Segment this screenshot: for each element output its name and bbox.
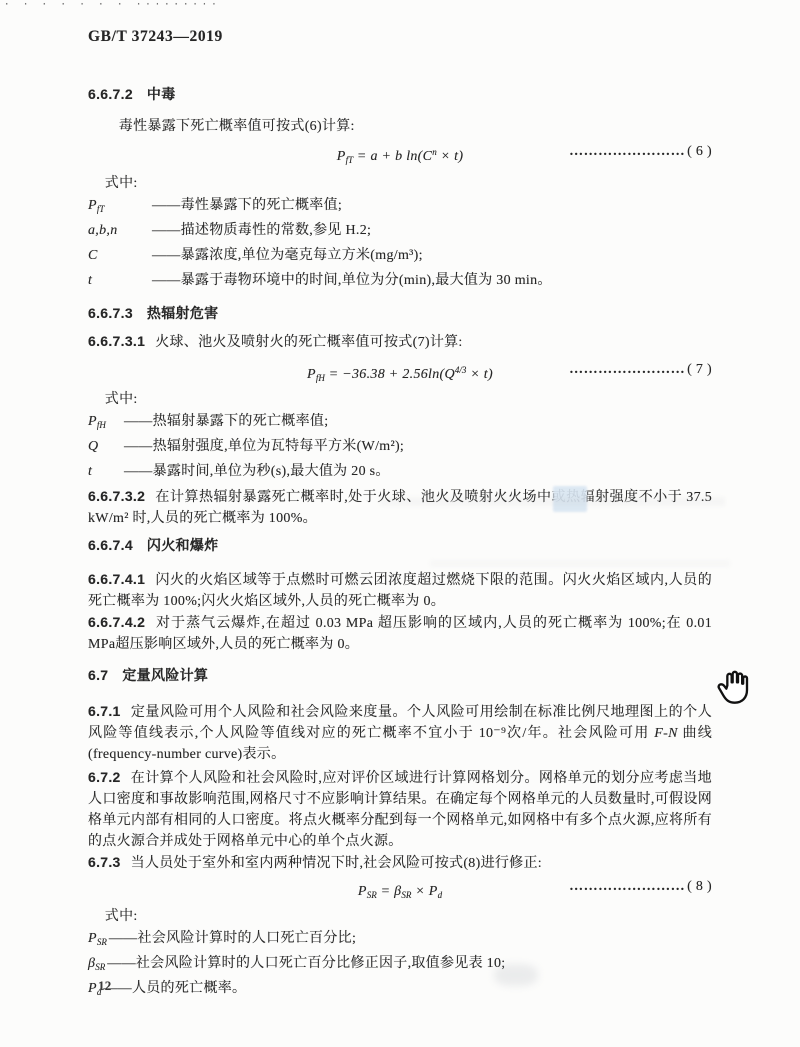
definition-term: t <box>88 461 124 486</box>
definition-row: Pd ——人员的死亡概率。 <box>88 978 712 1003</box>
where-label: 式中: <box>88 389 712 411</box>
equation-7-reference: ……………………( 7 ) <box>569 359 712 381</box>
definition-desc: ——毒性暴露下的死亡概率值; <box>152 195 712 220</box>
para-text: 闪火的火焰区域等于点燃时可燃云团浓度超过燃烧下限的范围。闪火火焰区域内,人员的死… <box>88 573 712 609</box>
equation-6-reference: ……………………( 6 ) <box>569 141 712 163</box>
para-6-6-7-3-2: 6.6.7.3.2在计算热辐射暴露死亡概率时,处于火球、池火及喷射火火场中或热辐… <box>88 486 712 529</box>
where-label: 式中: <box>88 173 712 195</box>
section-heading-flash: 6.6.7.4闪火和爆炸 <box>88 537 712 553</box>
definition-term: βSR <box>88 953 105 978</box>
para-text: 当人员处于室外和室内两种情况下时,社会风险可按式(8)进行修正: <box>131 856 542 871</box>
para-6-6-7-4-2: 6.6.7.4.2对于蒸气云爆炸,在超过 0.03 MPa 超压影响的区域内,人… <box>88 612 712 655</box>
definition-row: t ——暴露时间,单位为秒(s),最大值为 20 s。 <box>88 461 712 486</box>
definition-row: PfT ——毒性暴露下的死亡概率值; <box>88 195 712 220</box>
section-number: 6.6.7.2 <box>88 86 133 102</box>
definition-desc: ——暴露时间,单位为秒(s),最大值为 20 s。 <box>124 461 712 486</box>
para-number: 6.7.1 <box>88 703 121 719</box>
section-number: 6.6.7.4 <box>88 537 133 553</box>
definition-term: Q <box>88 436 124 461</box>
para-number: 6.6.7.3.2 <box>88 488 145 504</box>
equation-8: PSR = βSR × Pd ……………………( 8 ) <box>88 876 712 906</box>
definition-desc: ——暴露浓度,单位为毫克每立方米(mg/m³); <box>152 245 712 270</box>
definition-row: t ——暴露于毒物环境中的时间,单位为分(min),最大值为 30 min。 <box>88 270 712 295</box>
para-text: 定量风险可用个人风险和社会风险来度量。个人风险可用绘制在标准比例尺地理图上的个人… <box>88 705 712 741</box>
para-6-7-2: 6.7.2在计算个人风险和社会风险时,应对评价区域进行计算网格划分。网格单元的划… <box>88 767 712 852</box>
section-heading-thermal: 6.6.7.3热辐射危害 <box>88 305 712 321</box>
definition-term: PfH <box>88 411 124 436</box>
para-6-6-7-3-1: 6.6.7.3.1火球、池火及喷射火的死亡概率值可按式(7)计算: <box>88 331 712 353</box>
para-6-7-3: 6.7.3当人员处于室外和室内两种情况下时,社会风险可按式(8)进行修正: <box>88 852 712 874</box>
definition-row: Q ——热辐射强度,单位为瓦特每平方米(W/m²); <box>88 436 712 461</box>
scan-streak <box>380 497 725 506</box>
section-number: 6.7 <box>88 667 108 683</box>
section-heading-toxic: 6.6.7.2中毒 <box>88 86 712 102</box>
para-text: 对于蒸气云爆炸,在超过 0.03 MPa 超压影响的区域内,人员的死亡概率为 1… <box>88 616 712 652</box>
equation-6-math: PfT = a + b ln(Cn × t) <box>337 149 464 164</box>
para-text: 在计算热辐射暴露死亡概率时,处于火球、池火及喷射火火场中或热辐射强度不小于 37… <box>88 490 712 526</box>
equation-7-math: PfH = −36.38 + 2.56ln(Q4/3 × t) <box>307 367 493 382</box>
para-number: 6.6.7.4.1 <box>88 571 145 587</box>
definition-term: PfT <box>88 195 152 220</box>
para-6-6-7-4-1: 6.6.7.4.1闪火的火焰区域等于点燃时可燃云团浓度超过燃烧下限的范围。闪火火… <box>88 569 712 612</box>
definition-desc: ——暴露于毒物环境中的时间,单位为分(min),最大值为 30 min。 <box>152 270 712 295</box>
definition-row: a,b,n ——描述物质毒性的常数,参见 H.2; <box>88 220 712 245</box>
definition-desc: ——描述物质毒性的常数,参见 H.2; <box>152 220 712 245</box>
definition-desc: ——热辐射强度,单位为瓦特每平方米(W/m²); <box>124 436 712 461</box>
para-text: 火球、池火及喷射火的死亡概率值可按式(7)计算: <box>155 335 462 350</box>
definition-desc: ——社会风险计算时的人口死亡百分比; <box>109 928 712 953</box>
para-number: 6.6.7.3.1 <box>88 333 145 349</box>
para-number: 6.7.3 <box>88 854 121 870</box>
definition-term: C <box>88 245 152 270</box>
fn-curve-term: F-N <box>654 726 677 741</box>
definition-desc: ——社会风险计算时的人口死亡百分比修正因子,取值参见表 10; <box>107 953 712 978</box>
equation-7: PfH = −36.38 + 2.56ln(Q4/3 × t) ……………………… <box>88 359 712 389</box>
section-heading-qra: 6.7定量风险计算 <box>88 667 712 683</box>
para-number: 6.6.7.4.2 <box>88 614 145 630</box>
section-number: 6.6.7.3 <box>88 305 133 321</box>
equation-8-reference: ……………………( 8 ) <box>569 876 712 898</box>
definition-row: βSR ——社会风险计算时的人口死亡百分比修正因子,取值参见表 10; <box>88 953 712 978</box>
scan-streak <box>430 560 730 567</box>
definition-row: C ——暴露浓度,单位为毫克每立方米(mg/m³); <box>88 245 712 270</box>
para-number: 6.7.2 <box>88 769 121 785</box>
para-toxic-intro: 毒性暴露下死亡概率值可按式(6)计算: <box>88 116 712 137</box>
section-title: 中毒 <box>147 86 176 102</box>
scan-smudge <box>494 964 538 986</box>
section-title: 闪火和爆炸 <box>147 537 219 553</box>
section-title: 定量风险计算 <box>122 667 208 683</box>
definition-term: t <box>88 270 152 295</box>
definition-desc: ——热辐射暴露下的死亡概率值; <box>124 411 712 436</box>
definition-desc: ——人员的死亡概率。 <box>103 978 712 1003</box>
definition-term: a,b,n <box>88 220 152 245</box>
where-label: 式中: <box>88 906 712 928</box>
page-number: 12 <box>98 978 112 994</box>
definition-row: PfH ——热辐射暴露下的死亡概率值; <box>88 411 712 436</box>
equation-8-math: PSR = βSR × Pd <box>358 884 442 899</box>
hand-grab-cursor-icon <box>712 664 752 712</box>
standard-number-header: GB/T 37243—2019 <box>88 28 712 46</box>
definition-term: PSR <box>88 928 107 953</box>
equation-6: PfT = a + b ln(Cn × t) ……………………( 6 ) <box>88 141 712 171</box>
scanned-document-page[interactable]: · · · · · · · ········· GB/T 37243—2019 … <box>0 0 800 1047</box>
section-title: 热辐射危害 <box>147 305 219 321</box>
para-text: 在计算个人风险和社会风险时,应对评价区域进行计算网格划分。网格单元的划分应考虑当… <box>88 771 712 849</box>
definition-row: PSR ——社会风险计算时的人口死亡百分比; <box>88 928 712 953</box>
scan-artifact-dots: · · · · · · · ········· <box>4 0 221 10</box>
para-text: 毒性暴露下死亡概率值可按式(6)计算: <box>119 119 355 134</box>
para-6-7-1: 6.7.1定量风险可用个人风险和社会风险来度量。个人风险可用绘制在标准比例尺地理… <box>88 701 712 765</box>
